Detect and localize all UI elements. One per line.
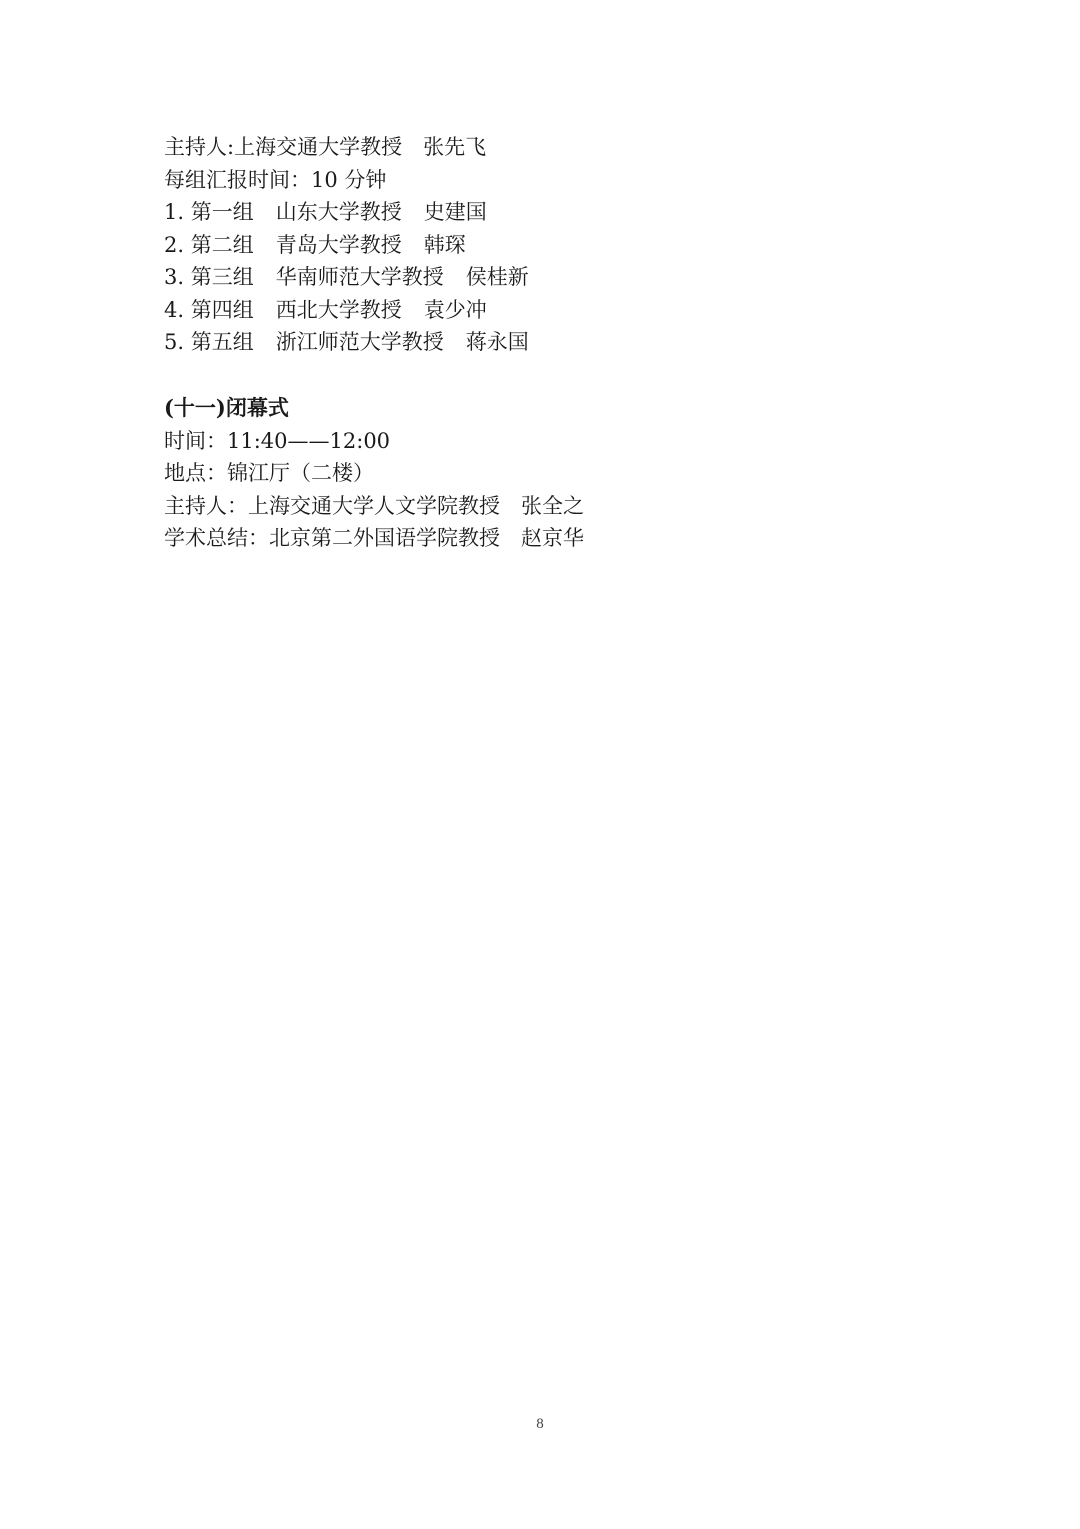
host-line: 主持人:上海交通大学教授 张先飞 bbox=[164, 131, 529, 164]
group-item: 1. 第一组山东大学教授史建国 bbox=[164, 196, 529, 229]
group-presenter: 韩琛 bbox=[424, 233, 466, 257]
group-report-section: 主持人:上海交通大学教授 张先飞 每组汇报时间：10 分钟 1. 第一组山东大学… bbox=[164, 131, 529, 359]
group-number: 4. 第四组 bbox=[164, 298, 254, 322]
group-number: 2. 第二组 bbox=[164, 233, 254, 257]
group-affiliation: 华南师范大学教授 bbox=[276, 265, 444, 289]
group-presenter: 蒋永国 bbox=[466, 330, 529, 354]
summary-line: 学术总结：北京第二外国语学院教授 赵京华 bbox=[164, 522, 584, 555]
section-heading: (十一)闭幕式 bbox=[164, 392, 584, 425]
group-item: 4. 第四组西北大学教授袁少冲 bbox=[164, 294, 529, 327]
group-item: 2. 第二组青岛大学教授韩琛 bbox=[164, 229, 529, 262]
group-item: 5. 第五组浙江师范大学教授蒋永国 bbox=[164, 326, 529, 359]
group-affiliation: 山东大学教授 bbox=[276, 200, 402, 224]
group-number: 3. 第三组 bbox=[164, 265, 254, 289]
page-number: 8 bbox=[0, 1416, 1080, 1433]
group-affiliation: 浙江师范大学教授 bbox=[276, 330, 444, 354]
group-list: 1. 第一组山东大学教授史建国 2. 第二组青岛大学教授韩琛 3. 第三组华南师… bbox=[164, 196, 529, 359]
group-item: 3. 第三组华南师范大学教授侯桂新 bbox=[164, 261, 529, 294]
group-affiliation: 青岛大学教授 bbox=[276, 233, 402, 257]
group-number: 5. 第五组 bbox=[164, 330, 254, 354]
group-presenter: 侯桂新 bbox=[466, 265, 529, 289]
host-line: 主持人：上海交通大学人文学院教授 张全之 bbox=[164, 490, 584, 523]
report-time-line: 每组汇报时间：10 分钟 bbox=[164, 164, 529, 197]
group-affiliation: 西北大学教授 bbox=[276, 298, 402, 322]
closing-ceremony-section: (十一)闭幕式 时间：11:40——12:00 地点：锦江厅（二楼） 主持人：上… bbox=[164, 392, 584, 555]
group-presenter: 史建国 bbox=[424, 200, 487, 224]
location-line: 地点：锦江厅（二楼） bbox=[164, 457, 584, 490]
group-number: 1. 第一组 bbox=[164, 200, 254, 224]
time-line: 时间：11:40——12:00 bbox=[164, 425, 584, 458]
group-presenter: 袁少冲 bbox=[424, 298, 487, 322]
